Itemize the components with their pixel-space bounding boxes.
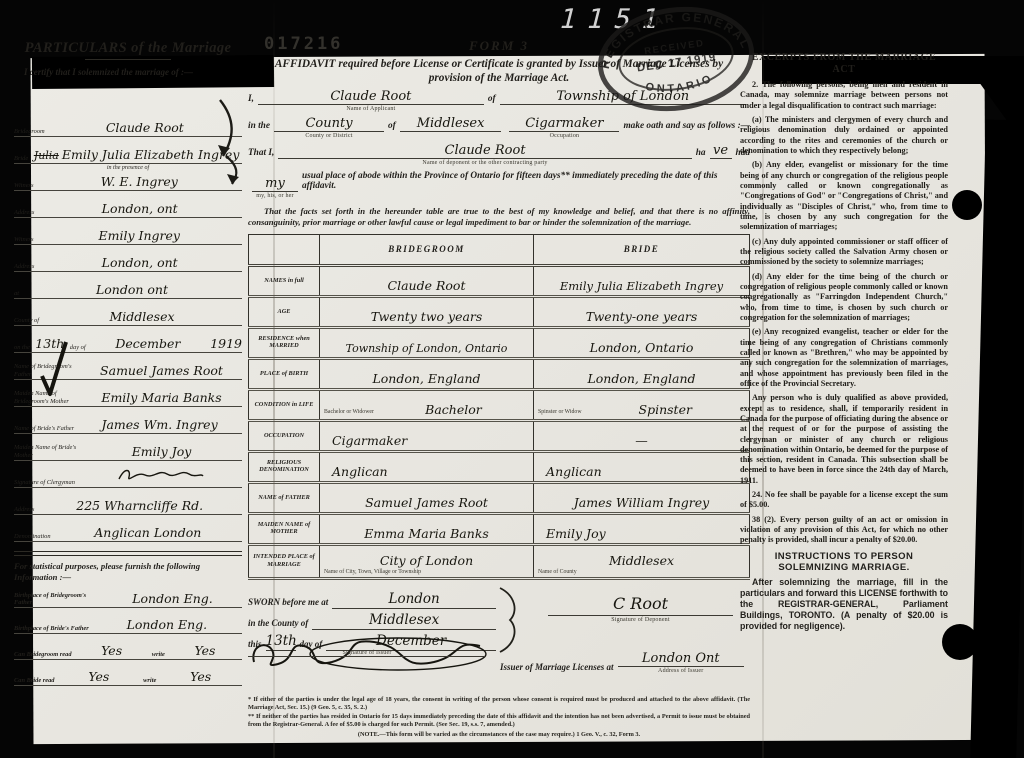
- footnotes: * If either of the parties is under the …: [248, 696, 750, 738]
- printed-text: That I,: [248, 148, 274, 166]
- excerpt-paragraph: (a) The ministers and clergymen of every…: [740, 115, 948, 156]
- excerpt-paragraph: (d) Any elder for the time being of the …: [740, 272, 948, 324]
- excerpt-paragraph: Any person who is duly qualified as abov…: [740, 393, 948, 486]
- handwritten-sworn-county: Middlesex: [312, 614, 496, 630]
- printed-text: in the: [248, 121, 270, 139]
- deponent-signature-block: C Root Signature of Deponent: [548, 594, 733, 623]
- row-label: MAIDEN NAME of MOTHER: [249, 513, 320, 544]
- excerpt-paragraph: 38 (2). Every person guilty of an act or…: [740, 515, 948, 546]
- hole-punch: [952, 190, 982, 220]
- sworn-line-2: in the County of Middlesex: [248, 609, 500, 630]
- field-label: Birthplace of Bridegroom's Father: [14, 592, 100, 608]
- field-label: write: [152, 651, 165, 659]
- handwritten-value: James Wm. Ingrey: [77, 419, 242, 434]
- clergyman-signature: [78, 465, 242, 488]
- field-label: Birthplace of Bride's Father: [14, 625, 89, 633]
- intended-place-city: City of London: [324, 553, 529, 568]
- printed-text: Issuer of Marriage Licenses at: [500, 662, 614, 674]
- printed-option-caption: Bachelor or Widower: [324, 409, 374, 417]
- county-name-blank: Middlesex: [400, 117, 502, 139]
- form-serial-number: 017216: [264, 34, 343, 54]
- field-label: Address: [14, 263, 34, 271]
- footnote-form-citation: (NOTE.—This form will be varied as the c…: [248, 731, 750, 739]
- title-rule: [85, 59, 171, 60]
- handwritten-value: Emily Maria Banks: [81, 392, 242, 407]
- bride-condition: Spinster: [586, 402, 745, 417]
- table-row-denomination: RELIGIOUS DENOMINATION Anglican Anglican: [249, 451, 750, 482]
- row-label: INTENDED PLACE of MARRIAGE: [249, 544, 320, 578]
- issuer-address-block: Issuer of Marriage Licenses at London On…: [500, 652, 748, 674]
- printed-text: ha: [696, 148, 706, 166]
- field-row-witness-2: Witness Emily Ingrey: [14, 218, 242, 245]
- bride-names: Emily Julia Elizabeth Ingrey: [538, 279, 745, 293]
- checkmark-icon: [40, 340, 70, 398]
- printed-text: usual place of abode within the Province…: [302, 171, 750, 199]
- section-divider: [14, 551, 242, 556]
- sworn-line-1: SWORN before me at London: [248, 588, 500, 609]
- field-row-address-2: Address London, ont: [14, 245, 242, 272]
- field-label: Name of Bride's Father: [14, 425, 74, 433]
- field-label: Bridegroom: [14, 128, 45, 136]
- stat-row-groom-literacy: Can Bridegroom read Yes write Yes: [14, 634, 242, 660]
- row-label: NAMES in full: [249, 265, 320, 296]
- blank-caption: Name of deponent or the other contractin…: [422, 160, 547, 166]
- affidavit-line-3: That I, Claude Root Name of deponent or …: [248, 144, 750, 166]
- sworn-section: SWORN before me at London in the County …: [248, 588, 750, 680]
- field-label: at: [14, 290, 19, 298]
- pronoun-blank: my my, his, or her: [252, 177, 298, 199]
- bride-occupation: —: [538, 433, 745, 448]
- blank-caption: Occupation: [550, 133, 580, 139]
- row-label: PLACE of BIRTH: [249, 358, 320, 389]
- excerpt-paragraph: 2. The following persons, being men and …: [740, 80, 948, 111]
- handwritten-ve: ve: [710, 144, 732, 159]
- svg-text:ONTARIO: ONTARIO: [643, 71, 717, 99]
- affidavit-line-2: in the County County or District of Midd…: [248, 117, 750, 139]
- bride-residence: London, Ontario: [538, 340, 745, 355]
- handwritten-sworn-place: London: [332, 593, 496, 609]
- field-label: Bride: [14, 155, 28, 163]
- instructions-body: After solemnizing the marriage, fill in …: [740, 577, 948, 632]
- row-label: RELIGIOUS DENOMINATION: [249, 451, 320, 482]
- bride-birthplace: London, England: [538, 371, 745, 386]
- affidavit-form: 017216 FORM 3 AFFIDAVIT required before …: [248, 26, 750, 740]
- footnote-consent: * If either of the parties is under the …: [248, 696, 750, 711]
- field-row-county: County of Middlesex: [14, 299, 242, 326]
- bride-denomination: Anglican: [538, 464, 745, 479]
- certify-statement: I certify that I solemnized the marriage…: [14, 67, 242, 77]
- excerpt-paragraph: 24. No fee shall be payable for a licens…: [740, 490, 948, 511]
- handwritten-county-name: Middlesex: [400, 117, 502, 132]
- handwritten-county-word: County: [274, 117, 384, 132]
- printed-text: of: [388, 121, 396, 139]
- table-row-age: AGE Twenty two years Twenty-one years: [249, 296, 750, 327]
- field-label: County of: [14, 317, 39, 325]
- field-label: Witness: [14, 182, 34, 190]
- stat-row-bride-literacy: Can Bride read Yes write Yes: [14, 660, 242, 686]
- field-label: day of: [70, 344, 86, 352]
- issuer-address-blank: London Ont Address of Issuer: [618, 652, 744, 674]
- printed-text: of: [488, 94, 496, 112]
- deponent-signature: C Root: [548, 594, 733, 616]
- handwritten-deponent-name: Claude Root: [278, 144, 691, 159]
- handwritten-value: Yes: [57, 671, 140, 686]
- hole-punch: [942, 624, 978, 660]
- groom-father: Samuel James Root: [324, 495, 529, 510]
- sworn-place-blank: London: [332, 593, 496, 609]
- field-row-address-3: Address 225 Wharncliffe Rd.: [14, 488, 242, 515]
- issuer-signature-line: Signature of Issuer: [248, 648, 486, 657]
- instructions-title: INSTRUCTIONS TO PERSON SOLEMNIZING MARRI…: [740, 551, 948, 574]
- declaration-paragraph: That the facts set forth in the hereunde…: [248, 206, 750, 228]
- field-label: Signature of Clergyman: [14, 479, 75, 487]
- field-row-bride-father: Name of Bride's Father James Wm. Ingrey: [14, 407, 242, 434]
- field-label: Address: [14, 209, 34, 217]
- brace-icon: [496, 586, 522, 654]
- blank-caption: County or District: [305, 133, 352, 139]
- groom-mother: Emma Maria Banks: [324, 526, 529, 541]
- blank-caption: Name of City, Town, Village or Township: [324, 569, 529, 575]
- have-blank: ve: [710, 144, 732, 166]
- footnote-residency: ** If neither of the parties has resided…: [248, 713, 750, 728]
- handwritten-value: London Eng.: [92, 619, 242, 634]
- marriage-act-excerpts: EXCERPTS FROM THE MARRIAGE ACT 2. The fo…: [740, 52, 948, 631]
- printed-text: in the County of: [248, 618, 308, 630]
- sworn-county-blank: Middlesex: [312, 614, 496, 630]
- field-label: write: [143, 677, 156, 685]
- groom-age: Twenty two years: [324, 309, 529, 324]
- handwritten-value: Emily Joy: [81, 446, 242, 461]
- groom-denomination: Anglican: [324, 464, 529, 479]
- handwritten-value: Anglican London: [54, 527, 242, 542]
- applicant-name-blank: Claude Root Name of Applicant: [258, 90, 484, 112]
- excerpt-paragraph: (e) Any recognized evangelist, teacher o…: [740, 327, 948, 389]
- stat-row-bride-father-birthplace: Birthplace of Bride's Father London Eng.: [14, 608, 242, 634]
- handwritten-issuer-address: London Ont: [618, 652, 744, 667]
- handwritten-value: Middlesex: [42, 311, 242, 326]
- handwritten-my: my: [252, 177, 298, 192]
- groom-occupation: Cigarmaker: [324, 433, 529, 448]
- handwritten-value: London, ont: [37, 257, 242, 272]
- table-row-mother: MAIDEN NAME of MOTHER Emma Maria Banks E…: [249, 513, 750, 544]
- struck-out-word: Julia: [34, 149, 59, 162]
- blank-caption: my, his, or her: [256, 193, 293, 199]
- handwritten-value: London Eng.: [103, 593, 242, 608]
- handwritten-value: 225 Wharncliffe Rd.: [37, 500, 242, 515]
- table-row-birthplace: PLACE of BIRTH London, England London, E…: [249, 358, 750, 389]
- field-label: Address: [14, 506, 34, 514]
- printed-text: make oath and say as follows :—: [623, 121, 750, 139]
- excerpt-paragraph: (c) Any duly appointed commissioner or s…: [740, 237, 948, 268]
- excerpts-title: EXCERPTS FROM THE MARRIAGE ACT: [740, 52, 948, 76]
- field-label: Denomination: [14, 533, 51, 541]
- groom-names: Claude Root: [324, 278, 529, 293]
- scanned-document: 1151 PARTICULARS of the Marriage I certi…: [0, 0, 1024, 758]
- deponent-name-blank: Claude Root Name of deponent or the othe…: [278, 144, 691, 166]
- bridegroom-bride-table: BRIDEGROOM BRIDE NAMES in full Claude Ro…: [248, 234, 750, 580]
- affidavit-line-4: my my, his, or her usual place of abode …: [248, 171, 750, 199]
- field-label: Witness: [14, 236, 34, 244]
- particulars-panel: PARTICULARS of the Marriage I certify th…: [14, 40, 242, 686]
- stat-row-groom-father-birthplace: Birthplace of Bridegroom's Father London…: [14, 582, 242, 608]
- handwritten-value: London ont: [22, 284, 242, 299]
- handwritten-month: December: [89, 338, 208, 353]
- blank-caption: Signature of Deponent: [548, 617, 733, 623]
- handwritten-value: London, ont: [37, 203, 242, 218]
- row-label: RESIDENCE when MARRIED: [249, 327, 320, 358]
- stamp-arc-bottom: ONTARIO: [643, 71, 717, 99]
- table-row-occupation: OCCUPATION Cigarmaker —: [249, 420, 750, 451]
- table-header-row: BRIDEGROOM BRIDE: [249, 234, 750, 265]
- handwritten-value: Yes: [159, 671, 242, 686]
- table-row-father: NAME of FATHER Samuel James Root James W…: [249, 482, 750, 513]
- groom-birthplace: London, England: [324, 371, 529, 386]
- table-row-names: NAMES in full Claude Root Emily Julia El…: [249, 265, 750, 296]
- handwritten-year: 1919: [210, 338, 242, 353]
- handwritten-value: Yes: [75, 645, 149, 660]
- field-label: on the: [14, 344, 30, 352]
- blank-caption: Address of Issuer: [658, 668, 703, 674]
- field-label: Can Bridegroom read: [14, 651, 72, 659]
- handwritten-value: Yes: [168, 645, 242, 660]
- printed-text: SWORN before me at: [248, 597, 328, 609]
- field-row-denomination: Denomination Anglican London: [14, 515, 242, 542]
- row-label: OCCUPATION: [249, 420, 320, 451]
- field-label: Can Bride read: [14, 677, 54, 685]
- particulars-title: PARTICULARS of the Marriage: [14, 40, 242, 57]
- field-row-bride-mother: Maiden Name of Bride's Mother Emily Joy: [14, 434, 242, 461]
- statistics-heading: For statistical purposes, please furnish…: [14, 561, 242, 582]
- row-label: CONDITION in LIFE: [249, 389, 320, 420]
- clergyman-signature-flourish-icon: [115, 465, 205, 483]
- field-row-clergyman-signature: Signature of Clergyman: [14, 461, 242, 488]
- blank-caption: Signature of Issuer: [248, 650, 486, 656]
- bride-column-header: BRIDE: [534, 234, 750, 265]
- blank-caption: Name of Applicant: [346, 106, 395, 112]
- field-row-address-1: Address London, ont: [14, 191, 242, 218]
- printed-option-caption: Spinster or Widow: [538, 409, 581, 417]
- table-row-condition: CONDITION in LIFE Bachelor or WidowerBac…: [249, 389, 750, 420]
- bride-father: James William Ingrey: [538, 495, 745, 510]
- handwritten-arrow-icon: [196, 98, 244, 194]
- intended-place-county: Middlesex: [538, 553, 745, 568]
- row-label: NAME of FATHER: [249, 482, 320, 513]
- blank-caption: Name of County: [538, 569, 745, 575]
- bride-age: Twenty-one years: [538, 309, 745, 324]
- handwritten-value: Samuel James Root: [81, 365, 242, 380]
- handwritten-applicant-name: Claude Root: [258, 90, 484, 105]
- excerpt-paragraph: (b) Any elder, evangelist or missionary …: [740, 160, 948, 232]
- table-row-intended-place: INTENDED PLACE of MARRIAGE City of Londo…: [249, 544, 750, 578]
- empty-header-cell: [249, 234, 320, 265]
- handwritten-value: Emily Ingrey: [37, 230, 242, 245]
- table-row-residence: RESIDENCE when MARRIED Township of Londo…: [249, 327, 750, 358]
- field-row-at: at London ont: [14, 272, 242, 299]
- printed-text: I,: [248, 94, 254, 112]
- bridegroom-column-header: BRIDEGROOM: [320, 234, 534, 265]
- row-label: AGE: [249, 296, 320, 327]
- bride-mother: Emily Joy: [538, 526, 745, 541]
- groom-condition: Bachelor: [378, 402, 529, 417]
- county-blank: County County or District: [274, 117, 384, 139]
- field-label: Maiden Name of Bride's Mother: [14, 444, 78, 460]
- groom-residence: Township of London, Ontario: [324, 342, 529, 355]
